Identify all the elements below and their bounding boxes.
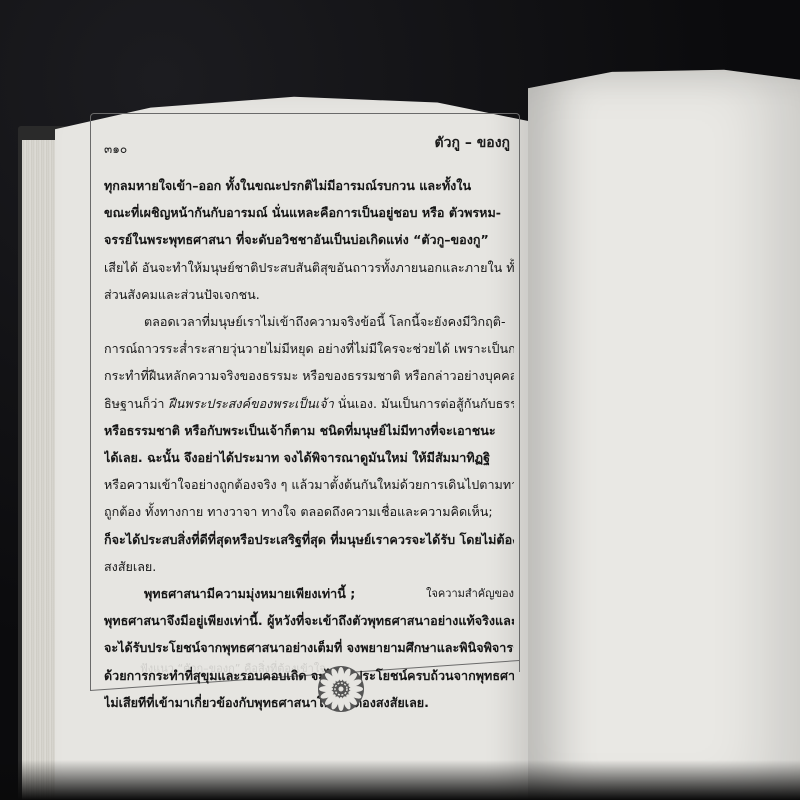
right-page-blank[interactable] (528, 66, 800, 800)
text-line: ได้เลย. ฉะนั้น จึงอย่าได้ประมาท จงได้พิจ… (104, 444, 514, 471)
text-fragment: ใจความสำคัญของ (426, 580, 514, 607)
text-line: ตลอดเวลาที่มนุษย์เราไม่เข้าถึงความจริงข้… (104, 308, 514, 335)
text-line: การณ์ถาวรระส่ำระสายวุ่นวายไม่มีหยุด อย่า… (104, 335, 514, 362)
text-line: กระทำที่ฝืนหลักความจริงของธรรมะ หรือของธ… (104, 362, 514, 389)
bottom-shadow (0, 760, 800, 800)
section-heading: พุทธศาสนามีความมุ่งหมายเพียงเท่านี้ ; (144, 586, 355, 601)
running-head: ตัวกู – ของกู (435, 132, 510, 154)
italic-phrase: ฝืนพระประสงค์ของพระเป็นเจ้า (168, 396, 333, 411)
text-line: ส่วนสังคมและส่วนปัจเจกชน. (104, 281, 514, 308)
text-fragment: ธิษฐานก็ว่า (104, 396, 168, 411)
text-line: พุทธศาสนาจึงมีอยู่เพียงเท่านี้. ผู้หวังท… (104, 607, 514, 634)
page-body-text: ทุกลมหายใจเข้า–ออก ทั้งในขณะปรกติไม่มีอา… (104, 172, 514, 716)
dharma-wheel-flower-ornament-icon (317, 665, 365, 713)
section-heading-line: พุทธศาสนามีความมุ่งหมายเพียงเท่านี้ ;ใจค… (104, 580, 514, 607)
text-line: ก็จะได้ประสบสิ่งที่ดีที่สุดหรือประเสริฐท… (104, 526, 514, 553)
text-fragment: นั่นเอง. มันเป็นการต่อสู้กันกับธรรมะ (334, 396, 514, 411)
text-line: หรือธรรมชาติ หรือกับพระเป็นเจ้าก็ตาม ชนิ… (104, 417, 514, 444)
text-line: จะได้รับประโยชน์จากพุทธศาสนาอย่างเต็มที่… (104, 634, 514, 661)
text-line: ถูกต้อง ทั้งทางกาย ทางวาจา ทางใจ ตลอดถึง… (104, 498, 514, 525)
text-line: หรือความเข้าใจอย่างถูกต้องจริง ๆ แล้วมาต… (104, 471, 514, 498)
text-line: จรรย์ในพระพุทธศาสนา ที่จะดับอวิชชาอันเป็… (104, 226, 514, 253)
text-line: เสียได้ อันจะทำให้มนุษย์ชาติประสบสันติสุ… (104, 254, 514, 281)
text-line-with-italic: ธิษฐานก็ว่า ฝืนพระประสงค์ของพระเป็นเจ้า … (104, 390, 514, 417)
text-line: ขณะที่เผชิญหน้ากันกับอารมณ์ นั่นแหละคือก… (104, 199, 514, 226)
text-line: ทุกลมหายใจเข้า–ออก ทั้งในขณะปรกติไม่มีอา… (104, 172, 514, 199)
page-number: ๓๑๐ (104, 140, 127, 159)
text-line: สงสัยเลย. (104, 553, 514, 580)
